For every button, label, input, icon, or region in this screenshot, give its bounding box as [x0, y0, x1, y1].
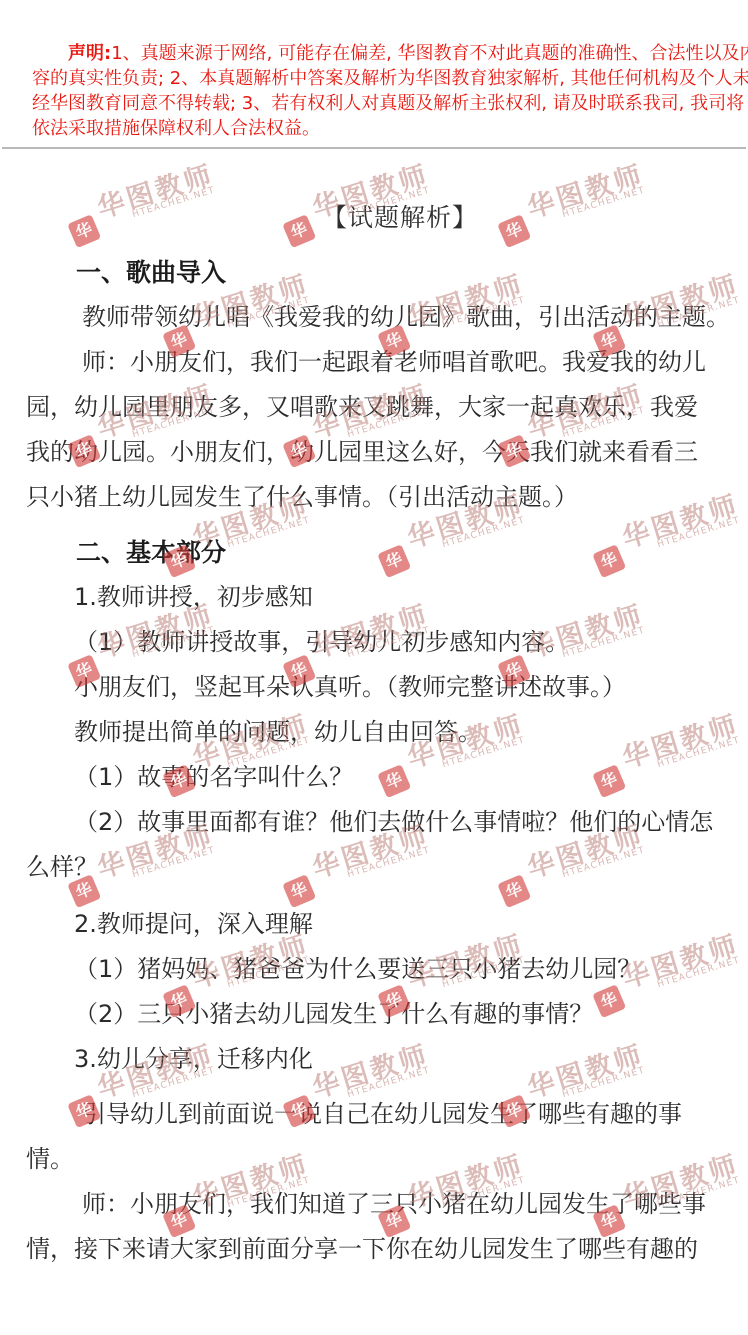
paragraph: 2.教师提问，深入理解	[26, 902, 712, 947]
paragraph: （1）故事的名字叫什么？	[26, 755, 712, 800]
paragraph: （2）故事里面都有谁？他们去做什么事情啦？他们的心情怎么样？	[26, 800, 712, 890]
text-line: 教师提出简单的问题，幼儿自由回答。	[26, 710, 712, 755]
document-body: 一、歌曲导入教师带领幼儿唱《我爱我的幼儿园》歌曲，引出活动的主题。师：小朋友们，…	[26, 250, 712, 1272]
paragraph: （1）猪妈妈、猪爸爸为什么要送三只小猪去幼儿园？	[26, 947, 712, 992]
text-line: 2.教师提问，深入理解	[26, 902, 712, 947]
section-heading: 二、基本部分	[26, 530, 712, 575]
disclaimer-prefix: 声明:	[68, 43, 111, 64]
document-page: { "page": { "width": 748, "height": 1335…	[0, 0, 748, 1335]
text-line: （2）三只小猪去幼儿园发生了什么有趣的事情？	[26, 992, 712, 1037]
paragraph: 小朋友们，竖起耳朵认真听。（教师完整讲述故事。）	[26, 665, 712, 710]
page-title: 【试题解析】	[26, 195, 712, 240]
text-line: 园，幼儿园里朋友多，又唱歌来又跳舞，大家一起真欢乐，我爱	[26, 385, 712, 430]
section-heading: 一、歌曲导入	[26, 250, 712, 295]
text-line: （1）故事的名字叫什么？	[26, 755, 712, 800]
text-line: （1）猪妈妈、猪爸爸为什么要送三只小猪去幼儿园？	[26, 947, 712, 992]
paragraph: 3.幼儿分享，迁移内化	[26, 1037, 712, 1082]
text-line: 小朋友们，竖起耳朵认真听。（教师完整讲述故事。）	[26, 665, 712, 710]
text-line: 情。	[26, 1137, 712, 1182]
text-line: 只小猪上幼儿园发生了什么事情。（引出活动主题。）	[26, 475, 712, 520]
text-line: 引导幼儿到前面说一说自己在幼儿园发生了哪些有趣的事	[26, 1092, 712, 1137]
disclaimer-text: 1、真题来源于网络, 可能存在偏差, 华图教育不对此真题的准确性、合法性以及内	[111, 43, 748, 64]
paragraph: （2）三只小猪去幼儿园发生了什么有趣的事情？	[26, 992, 712, 1037]
text-line: 教师带领幼儿唱《我爱我的幼儿园》歌曲，引出活动的主题。	[26, 295, 712, 340]
disclaimer-line: 容的真实性负责; 2、本真题解析中答案及解析为华图教育独家解析, 其他任何机构及…	[32, 66, 718, 91]
paragraph: 教师提出简单的问题，幼儿自由回答。	[26, 710, 712, 755]
paragraph: （1）教师讲授故事，引导幼儿初步感知内容。	[26, 620, 712, 665]
text-line: 么样？	[26, 845, 712, 890]
document-content: 【试题解析】 一、歌曲导入教师带领幼儿唱《我爱我的幼儿园》歌曲，引出活动的主题。…	[0, 195, 748, 1272]
text-line: 师：小朋友们，我们一起跟着老师唱首歌吧。我爱我的幼儿	[26, 340, 712, 385]
disclaimer-line: 依法采取措施保障权利人合法权益。	[32, 116, 718, 141]
paragraph: 教师带领幼儿唱《我爱我的幼儿园》歌曲，引出活动的主题。	[26, 295, 712, 340]
text-line: 我的幼儿园。小朋友们，幼儿园里这么好，今天我们就来看看三	[26, 430, 712, 475]
text-line: （1）教师讲授故事，引导幼儿初步感知内容。	[26, 620, 712, 665]
paragraph: 师：小朋友们，我们一起跟着老师唱首歌吧。我爱我的幼儿园，幼儿园里朋友多，又唱歌来…	[26, 340, 712, 520]
disclaimer: 声明:1、真题来源于网络, 可能存在偏差, 华图教育不对此真题的准确性、合法性以…	[2, 0, 746, 149]
text-line: 师：小朋友们，我们知道了三只小猪在幼儿园发生了哪些事	[26, 1182, 712, 1227]
text-line: 情，接下来请大家到前面分享一下你在幼儿园发生了哪些有趣的	[26, 1227, 712, 1272]
text-line: 1.教师讲授，初步感知	[26, 575, 712, 620]
disclaimer-line: 声明:1、真题来源于网络, 可能存在偏差, 华图教育不对此真题的准确性、合法性以…	[32, 41, 718, 66]
text-line: 一、歌曲导入	[26, 250, 712, 295]
text-line: （2）故事里面都有谁？他们去做什么事情啦？他们的心情怎	[26, 800, 712, 845]
disclaimer-line: 经华图教育同意不得转载; 3、若有权利人对真题及解析主张权利, 请及时联系我司,…	[32, 91, 718, 116]
text-line: 3.幼儿分享，迁移内化	[26, 1037, 712, 1082]
paragraph: 师：小朋友们，我们知道了三只小猪在幼儿园发生了哪些事情，接下来请大家到前面分享一…	[26, 1182, 712, 1272]
paragraph: 1.教师讲授，初步感知	[26, 575, 712, 620]
text-line: 二、基本部分	[26, 530, 712, 575]
paragraph: 引导幼儿到前面说一说自己在幼儿园发生了哪些有趣的事情。	[26, 1092, 712, 1182]
